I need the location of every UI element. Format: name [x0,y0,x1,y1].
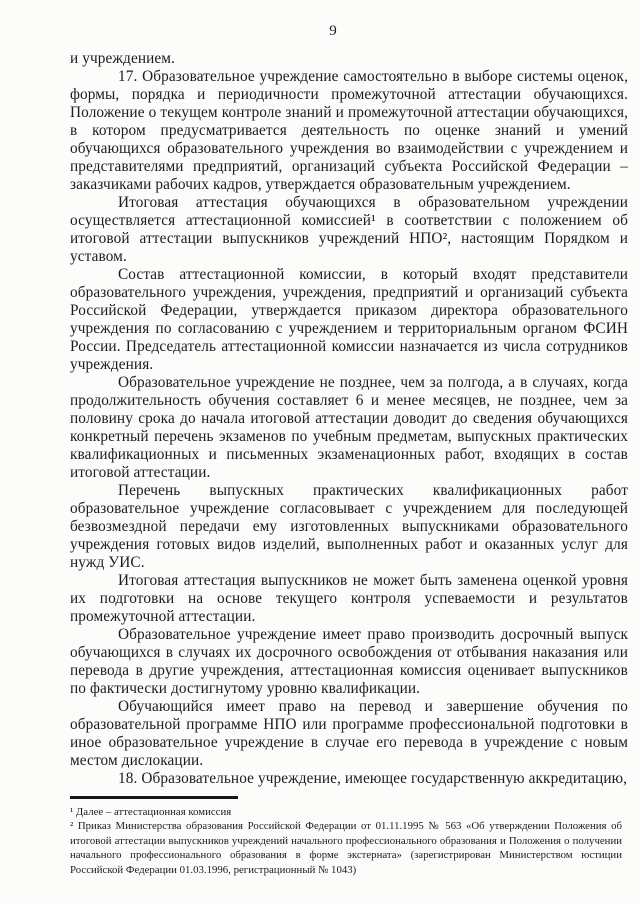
body-paragraph: Обучающийся имеет право на перевод и зав… [70,698,628,770]
body-paragraph: 17. Образовательное учреждение самостоят… [70,68,628,194]
footnote: ² Приказ Министерства образования Россий… [70,819,622,877]
footnote-rule [70,796,238,799]
body-paragraph: Образовательное учреждение не позднее, ч… [70,374,628,482]
body-paragraph: 18. Образовательное учреждение, имеющее … [70,770,628,788]
body-paragraph: Образовательное учреждение имеет право п… [70,626,628,698]
document-page: 9 и учреждением. 17. Образовательное учр… [0,0,640,905]
body-paragraph: и учреждением. [70,50,628,68]
body-paragraph: Итоговая аттестация обучающихся в образо… [70,194,628,266]
body-paragraph: Итоговая аттестация выпускников не может… [70,572,628,626]
footnote: ¹ Далее – аттестационная комиссия [70,805,622,819]
body-paragraph: Перечень выпускных практических квалифик… [70,482,628,572]
document-body: и учреждением. 17. Образовательное учреж… [70,50,628,788]
page-number: 9 [13,0,640,40]
body-paragraph: Состав аттестационной комиссии, в которы… [70,266,628,374]
footnotes: ¹ Далее – аттестационная комиссия ² Прик… [70,805,622,877]
